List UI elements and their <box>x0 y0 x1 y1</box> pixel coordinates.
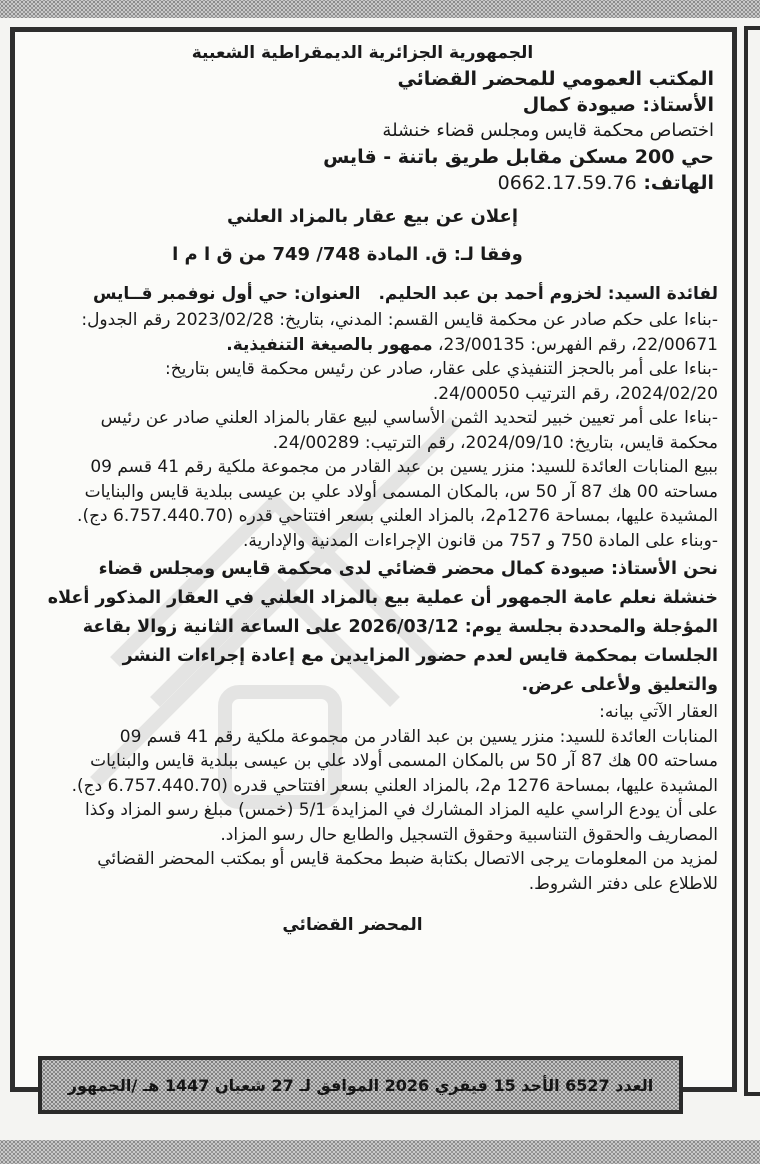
announce-line-2: خنشلة نعلم عامة الجمهور أن عملية بيع بال… <box>27 584 718 613</box>
beneficiary-line: لفائدة السيد: لخزوم أحمد بن عبد الحليم.ا… <box>27 280 718 308</box>
republic-heading: الجمهورية الجزائرية الديمقراطية الشعبية <box>27 40 698 66</box>
signature: المحضر القضائي <box>27 910 678 940</box>
sale-line-1: ببيع المنابات العائدة للسيد: منزر يسين ب… <box>27 455 718 480</box>
deposit-paragraph: على أن يودع الراسي عليه المزاد المشارك ف… <box>27 798 718 847</box>
announce-line-5: والتعليق ولأعلى عرض. <box>27 671 718 700</box>
property-line-1: المنابات العائدة للسيد: منزر يسين بن عبد… <box>27 725 718 750</box>
adjacent-ad-border <box>744 26 760 1096</box>
info-paragraph: لمزيد من المعلومات يرجى الاتصال بكتابة ض… <box>27 847 718 896</box>
expert-line-2: محكمة قايس، بتاريخ: 2024/09/10، رقم التر… <box>27 431 718 456</box>
announce-line-4: الجلسات بمحكمة قايس لعدم حضور المزايدين … <box>27 642 718 671</box>
property-paragraph: العقار الآتي بيانه: المنابات العائدة للس… <box>27 700 718 798</box>
enforcement-stamp: ممهور بالصيغة التنفيذية. <box>226 335 432 355</box>
articles-line: -وبناء على المادة 750 و 757 من قانون الإ… <box>27 529 718 554</box>
judgment-line-1: -بناءا على حكم صادر عن محكمة قايس القسم:… <box>27 308 718 333</box>
notice-title: إعلان عن بيع عقار بالمزاد العلني <box>27 202 718 232</box>
office-address: حي 200 مسكن مقابل طريق باتنة - قايس <box>27 144 718 170</box>
announcement-paragraph: نحن الأستاذ: صيودة كمال محضر قضائي لدى م… <box>27 555 718 700</box>
info-line-2: للاطلاع على دفتر الشروط. <box>27 872 718 897</box>
legal-basis: وفقا لـ: ق. المادة 748/ 749 من ق ا م ا <box>27 240 668 270</box>
seizure-paragraph: -بناءا على أمر بالحجز التنفيذي على عقار،… <box>27 357 718 406</box>
expert-line-1: -بناءا على أمر تعيين خبير لتحديد الثمن ا… <box>27 406 718 431</box>
expert-paragraph: -بناءا على أمر تعيين خبير لتحديد الثمن ا… <box>27 406 718 455</box>
office-name: المكتب العمومي للمحضر القضائي <box>27 66 718 92</box>
jurisdiction: اختصاص محكمة قايس ومجلس قضاء خنشلة <box>27 118 718 144</box>
phone-line: الهاتف: 0662.17.59.76 <box>27 170 718 196</box>
judgment-line-2: 22/00671، رقم الفهرس: 23/00135، ممهور با… <box>27 333 718 358</box>
newsprint-halftone-top <box>0 0 760 18</box>
property-line-3: المشيدة عليها، بمساحة 1276 م2، بالمزاد ا… <box>27 774 718 799</box>
info-line-1: لمزيد من المعلومات يرجى الاتصال بكتابة ض… <box>27 847 718 872</box>
beneficiary-name: لفائدة السيد: لخزوم أحمد بن عبد الحليم. <box>378 284 718 304</box>
deposit-line-1: على أن يودع الراسي عليه المزاد المشارك ف… <box>27 798 718 823</box>
seizure-line-2: 2024/02/20، رقم الترتيب 24/00050. <box>27 382 718 407</box>
notice-content: الجمهورية الجزائرية الديمقراطية الشعبية … <box>27 38 718 940</box>
announce-line-1: نحن الأستاذ: صيودة كمال محضر قضائي لدى م… <box>27 555 718 584</box>
judgment-refs: 22/00671، رقم الفهرس: 23/00135، <box>433 335 718 355</box>
phone-number: 0662.17.59.76 <box>498 172 637 194</box>
newsprint-halftone-bottom <box>0 1140 760 1164</box>
sale-paragraph: ببيع المنابات العائدة للسيد: منزر يسين ب… <box>27 455 718 553</box>
sale-line-3: المشيدة عليها، بمساحة 1276م2، بالمزاد ال… <box>27 504 718 529</box>
announce-line-3: المؤجلة والمحددة بجلسة يوم: 2026/03/12 ع… <box>27 613 718 642</box>
issue-footer-bar: العدد 6527 الأحد 15 فيفري 2026 الموافق ل… <box>38 1056 683 1114</box>
legal-notice-frame: الجمهورية الجزائرية الديمقراطية الشعبية … <box>10 27 737 1092</box>
seizure-line-1: -بناءا على أمر بالحجز التنفيذي على عقار،… <box>27 357 718 382</box>
judgment-paragraph: -بناءا على حكم صادر عن محكمة قايس القسم:… <box>27 308 718 357</box>
property-label: العقار الآتي بيانه: <box>27 700 718 725</box>
bailiff-name: الأستاذ: صيودة كمال <box>27 92 718 118</box>
beneficiary-address: العنوان: حي أول نوفمبر قــايس <box>93 284 360 304</box>
property-line-2: مساحته 00 هك 87 آر 50 س بالمكان المسمى أ… <box>27 749 718 774</box>
sale-line-2: مساحته 00 هك 87 آر 50 س، بالمكان المسمى … <box>27 480 718 505</box>
phone-label: الهاتف: <box>643 172 714 194</box>
issue-line: العدد 6527 الأحد 15 فيفري 2026 الموافق ل… <box>68 1076 653 1095</box>
deposit-line-2: المصاريف والحقوق التناسبية وحقوق التسجيل… <box>27 823 718 848</box>
